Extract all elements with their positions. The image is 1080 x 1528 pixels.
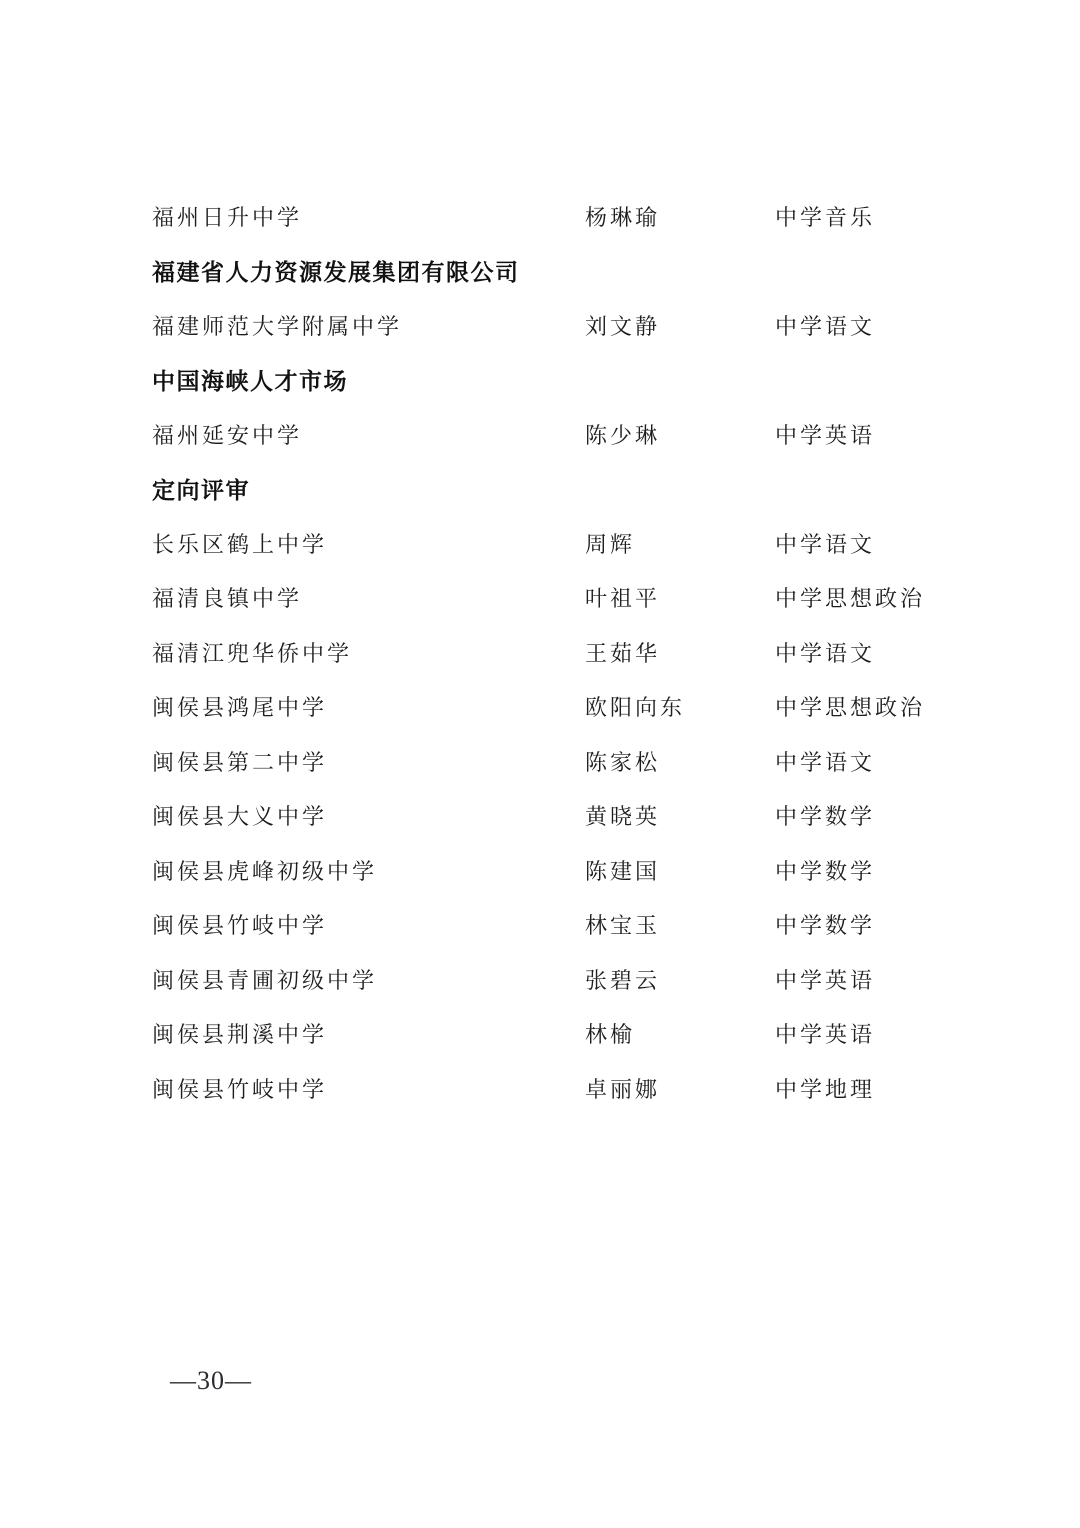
subject-cell: 中学英语 xyxy=(775,1018,952,1049)
subject-cell: 中学思想政治 xyxy=(775,691,952,722)
section-header-label: 福建省人力资源发展集团有限公司 xyxy=(152,254,520,287)
table-row-grid: 闽侯县荆溪中学林榆中学英语 xyxy=(152,1018,952,1049)
table-row-grid: 福州延安中学陈少琳中学英语 xyxy=(152,419,952,450)
section-header-label: 中国海峡人才市场 xyxy=(152,363,348,396)
subject-cell: 中学英语 xyxy=(775,419,952,450)
name-cell: 叶祖平 xyxy=(585,582,775,613)
school-cell: 闽侯县竹岐中学 xyxy=(152,909,585,940)
name-cell: 林榆 xyxy=(585,1018,775,1049)
table-row: 闽侯县竹岐中学卓丽娜中学地理 xyxy=(152,1061,952,1116)
name-cell: 陈家松 xyxy=(585,746,775,777)
table-row: 福清江兜华侨中学王茹华中学语文 xyxy=(152,625,952,680)
table-row: 福清良镇中学叶祖平中学思想政治 xyxy=(152,571,952,626)
table-row-grid: 闽侯县虎峰初级中学陈建国中学数学 xyxy=(152,855,952,886)
table-row-grid: 福州日升中学杨琳瑜中学音乐 xyxy=(152,201,952,232)
name-cell: 欧阳向东 xyxy=(585,691,775,722)
table-row: 闽侯县荆溪中学林榆中学英语 xyxy=(152,1007,952,1062)
subject-cell: 中学音乐 xyxy=(775,201,952,232)
table-row: 闽侯县竹岐中学林宝玉中学数学 xyxy=(152,898,952,953)
school-cell: 福建师范大学附属中学 xyxy=(152,310,585,341)
name-cell: 陈建国 xyxy=(585,855,775,886)
school-cell: 闽侯县鸿尾中学 xyxy=(152,691,585,722)
school-cell: 福清良镇中学 xyxy=(152,582,585,613)
school-cell: 闽侯县虎峰初级中学 xyxy=(152,855,585,886)
table-row: 长乐区鹤上中学周辉中学语文 xyxy=(152,516,952,571)
table-row-grid: 闽侯县大义中学黄晓英中学数学 xyxy=(152,800,952,831)
table-row: 福州延安中学陈少琳中学英语 xyxy=(152,407,952,462)
school-cell: 闽侯县竹岐中学 xyxy=(152,1073,585,1104)
name-cell: 王茹华 xyxy=(585,637,775,668)
school-cell: 长乐区鹤上中学 xyxy=(152,528,585,559)
section-header: 中国海峡人才市场 xyxy=(152,353,952,408)
name-cell: 卓丽娜 xyxy=(585,1073,775,1104)
subject-cell: 中学数学 xyxy=(775,909,952,940)
name-cell: 张碧云 xyxy=(585,964,775,995)
table-row-grid: 闽侯县竹岐中学卓丽娜中学地理 xyxy=(152,1073,952,1104)
subject-cell: 中学语文 xyxy=(775,528,952,559)
table-row-grid: 闽侯县竹岐中学林宝玉中学数学 xyxy=(152,909,952,940)
roster-list: 福州日升中学杨琳瑜中学音乐福建省人力资源发展集团有限公司福建师范大学附属中学刘文… xyxy=(152,189,952,1116)
school-cell: 闽侯县荆溪中学 xyxy=(152,1018,585,1049)
document-page: 福州日升中学杨琳瑜中学音乐福建省人力资源发展集团有限公司福建师范大学附属中学刘文… xyxy=(0,0,1080,1528)
page-number: —30— xyxy=(170,1366,252,1396)
section-header-label: 定向评审 xyxy=(152,472,250,505)
table-row-grid: 福清江兜华侨中学王茹华中学语文 xyxy=(152,637,952,668)
table-row-grid: 闽侯县青圃初级中学张碧云中学英语 xyxy=(152,964,952,995)
school-cell: 福州延安中学 xyxy=(152,419,585,450)
table-row: 闽侯县鸿尾中学欧阳向东中学思想政治 xyxy=(152,680,952,735)
school-cell: 闽侯县大义中学 xyxy=(152,800,585,831)
subject-cell: 中学数学 xyxy=(775,855,952,886)
table-row: 福州日升中学杨琳瑜中学音乐 xyxy=(152,189,952,244)
name-cell: 杨琳瑜 xyxy=(585,201,775,232)
table-row: 闽侯县青圃初级中学张碧云中学英语 xyxy=(152,952,952,1007)
table-row-grid: 福清良镇中学叶祖平中学思想政治 xyxy=(152,582,952,613)
table-row-grid: 长乐区鹤上中学周辉中学语文 xyxy=(152,528,952,559)
name-cell: 刘文静 xyxy=(585,310,775,341)
name-cell: 周辉 xyxy=(585,528,775,559)
subject-cell: 中学语文 xyxy=(775,637,952,668)
subject-cell: 中学语文 xyxy=(775,310,952,341)
subject-cell: 中学数学 xyxy=(775,800,952,831)
table-row: 福建师范大学附属中学刘文静中学语文 xyxy=(152,298,952,353)
school-cell: 福州日升中学 xyxy=(152,201,585,232)
table-row: 闽侯县大义中学黄晓英中学数学 xyxy=(152,789,952,844)
name-cell: 陈少琳 xyxy=(585,419,775,450)
name-cell: 林宝玉 xyxy=(585,909,775,940)
school-cell: 闽侯县第二中学 xyxy=(152,746,585,777)
subject-cell: 中学语文 xyxy=(775,746,952,777)
name-cell: 黄晓英 xyxy=(585,800,775,831)
school-cell: 福清江兜华侨中学 xyxy=(152,637,585,668)
section-header: 定向评审 xyxy=(152,462,952,517)
section-header: 福建省人力资源发展集团有限公司 xyxy=(152,244,952,299)
subject-cell: 中学地理 xyxy=(775,1073,952,1104)
table-row: 闽侯县第二中学陈家松中学语文 xyxy=(152,734,952,789)
table-row-grid: 闽侯县第二中学陈家松中学语文 xyxy=(152,746,952,777)
table-row-grid: 福建师范大学附属中学刘文静中学语文 xyxy=(152,310,952,341)
subject-cell: 中学英语 xyxy=(775,964,952,995)
table-row: 闽侯县虎峰初级中学陈建国中学数学 xyxy=(152,843,952,898)
subject-cell: 中学思想政治 xyxy=(775,582,952,613)
school-cell: 闽侯县青圃初级中学 xyxy=(152,964,585,995)
table-row-grid: 闽侯县鸿尾中学欧阳向东中学思想政治 xyxy=(152,691,952,722)
